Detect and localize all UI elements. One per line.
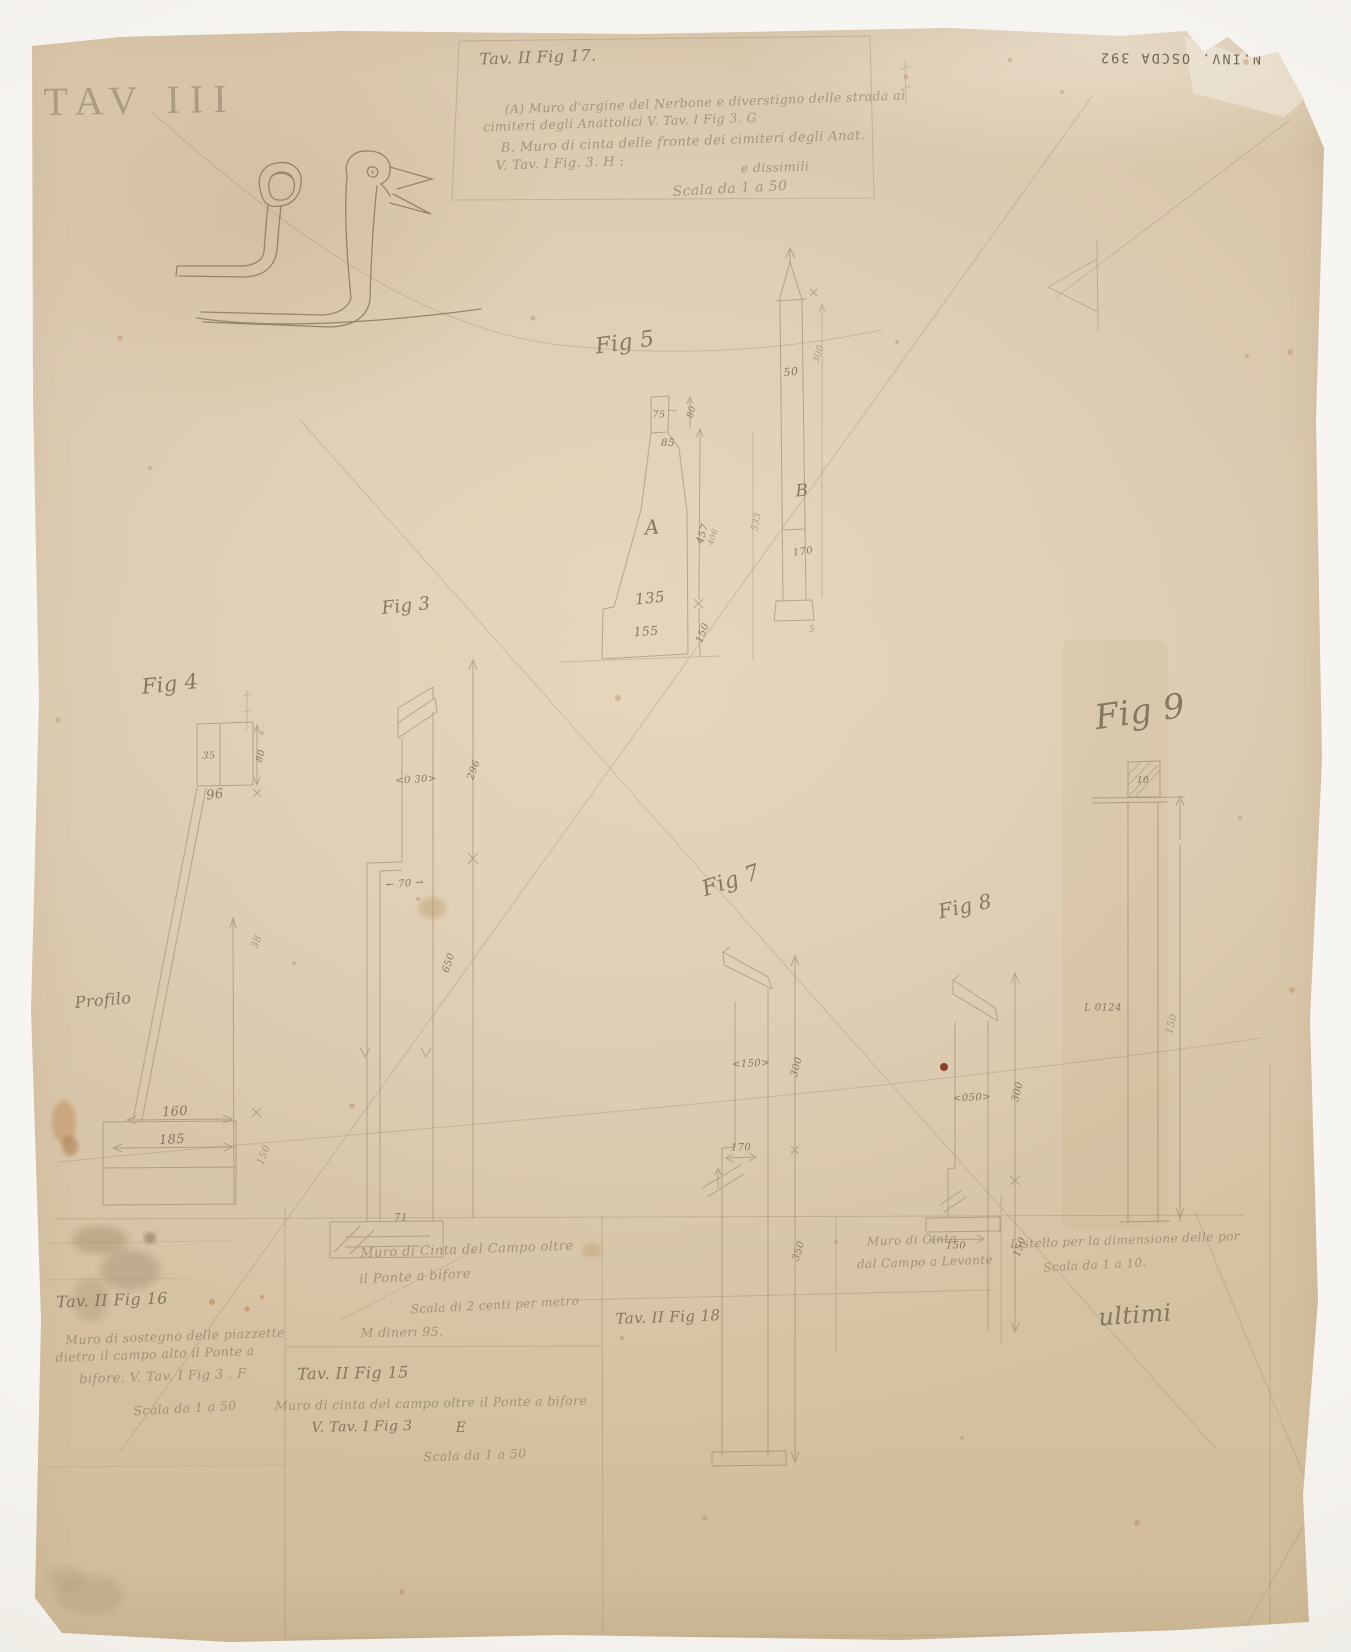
fig8-dim-050: <050> xyxy=(953,1092,991,1105)
bird-sketch xyxy=(176,151,481,327)
fig3-dim-030: <0 30> xyxy=(395,773,437,786)
fig4-dim-185: 185 xyxy=(159,1132,186,1148)
fig5-part-b: B xyxy=(795,481,809,502)
caption17-line4b: e dissimili xyxy=(741,158,810,175)
fig4-drawing xyxy=(103,690,261,1205)
fig5-dim-135: 135 xyxy=(634,587,666,608)
note15-line2: V. Tav. I Fig 3 xyxy=(311,1418,412,1436)
fig5-base-mark: 5 xyxy=(809,625,815,635)
corner-marks xyxy=(1048,240,1098,330)
ultimi-note: ultimi xyxy=(1097,1298,1172,1331)
fig9-dim-10: 10 xyxy=(1137,776,1149,786)
fig5-dim-75: 75 xyxy=(653,410,666,421)
paper-sheet: TAV III N.INV. OSCDA 392 Tav. II Fig 17.… xyxy=(0,0,1351,1652)
fig5-part-a: A xyxy=(644,514,661,539)
fig5-dim-50: 50 xyxy=(783,365,799,379)
caption17-title: Tav. II Fig 17. xyxy=(479,45,597,68)
fig7-dim-150: <150> xyxy=(732,1058,770,1071)
cinta-line4: M dineri 95. xyxy=(360,1324,443,1340)
fig5-dim-155: 155 xyxy=(633,623,659,640)
note15-title: Tav. II Fig 15 xyxy=(297,1363,409,1384)
fig4-dim-35: 35 xyxy=(203,751,216,762)
note16-title: Tav. II Fig 16 xyxy=(56,1289,168,1312)
fig4-dim-96: 96 xyxy=(205,786,224,803)
plate-title: TAV III xyxy=(43,75,237,125)
scan-background: TAV III N.INV. OSCDA 392 Tav. II Fig 17.… xyxy=(0,0,1351,1652)
fig4-dim-160: 160 xyxy=(162,1104,189,1120)
fig5-drawing xyxy=(560,248,825,662)
red-dot xyxy=(940,1063,948,1071)
fig7-drawing xyxy=(702,947,799,1466)
fig8-drawing xyxy=(926,973,1020,1332)
note18-title: Tav. II Fig 18 xyxy=(615,1306,720,1328)
fig9-drawing xyxy=(1092,761,1185,1222)
inventory-number: N.INV. OSCDA 392 xyxy=(1099,49,1261,66)
fig7-dim-170: 170 xyxy=(731,1143,751,1154)
note15-line2b: E xyxy=(456,1420,467,1436)
fig5-dim-85: 85 xyxy=(661,437,675,449)
fig3-dim-71: 71 xyxy=(394,1213,408,1224)
construction-lines xyxy=(58,60,1316,1636)
fig9-dim-l0124: L 0124 xyxy=(1084,1003,1122,1014)
